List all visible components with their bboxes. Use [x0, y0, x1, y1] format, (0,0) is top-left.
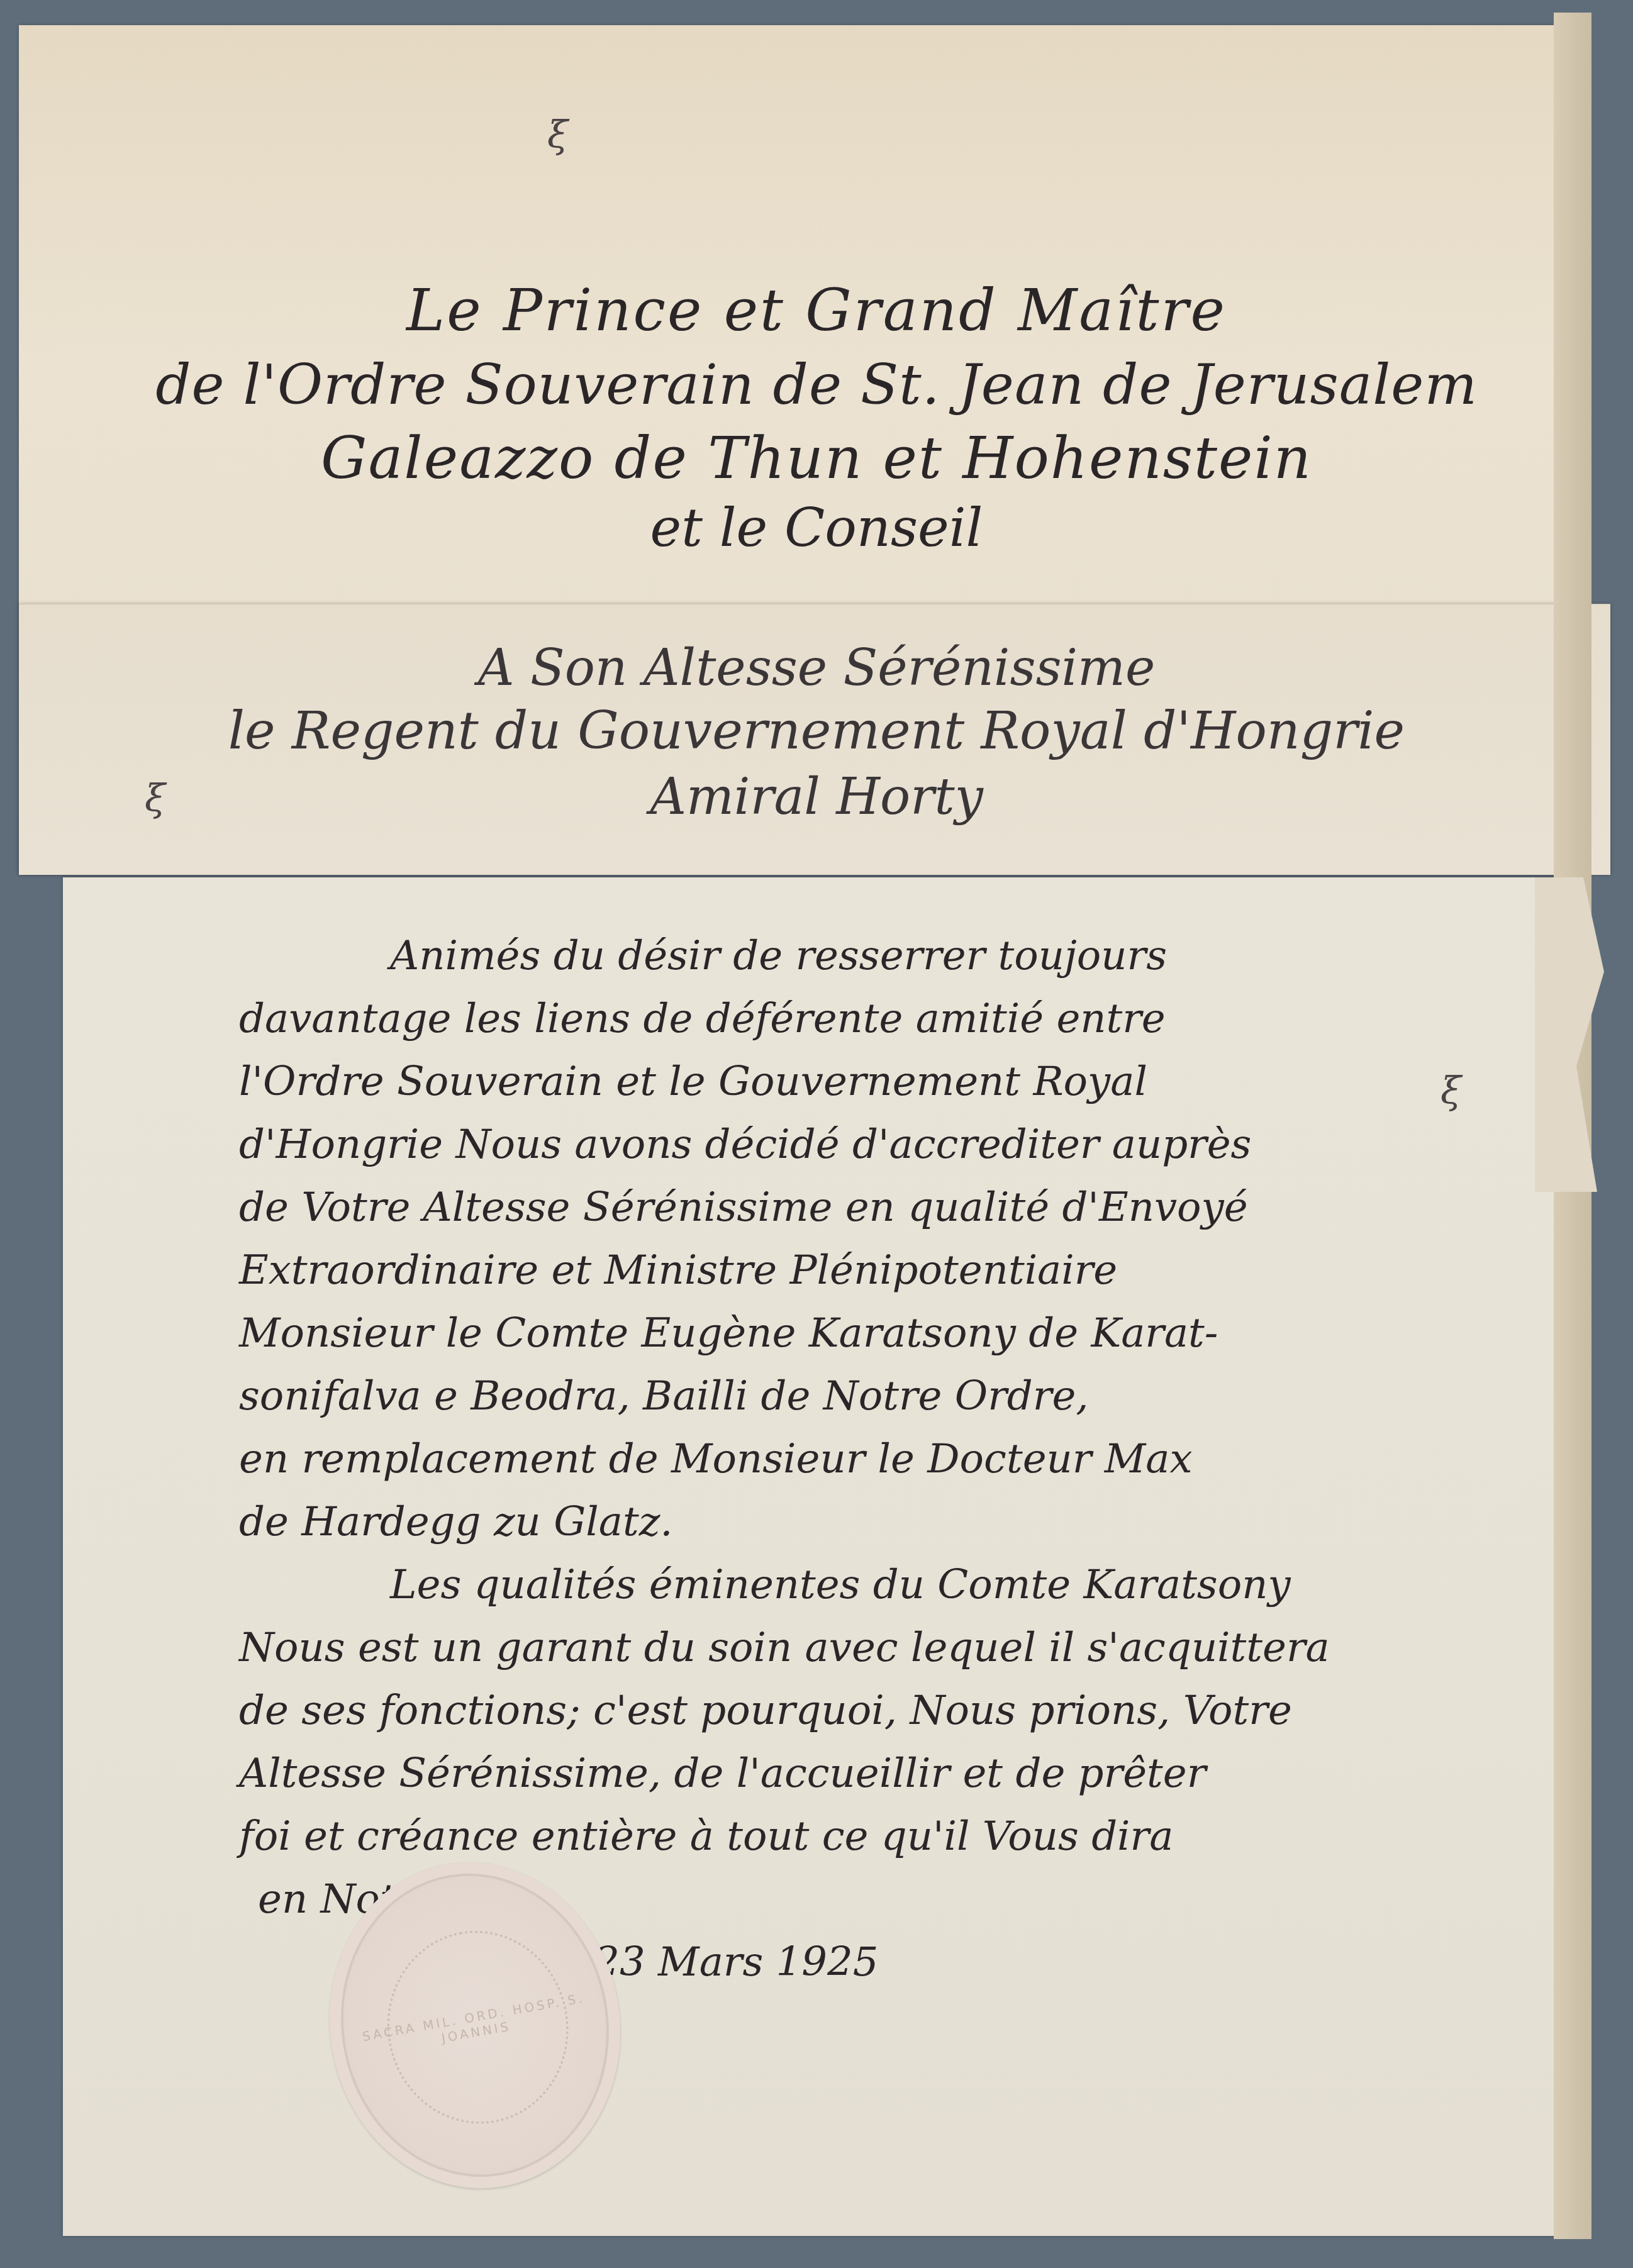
pencil-mark: ξ: [547, 113, 568, 157]
body-line: Nous est un garant du soin avec lequel i…: [239, 1616, 1497, 1679]
body-line: Animés du désir de resserrer toujours: [239, 925, 1497, 987]
body-line: Altesse Sérénissime, de l'accueillir et …: [239, 1742, 1497, 1805]
heading-line: et le Conseil: [0, 497, 1633, 559]
body-line: davantage les liens de déférente amitié …: [239, 987, 1497, 1050]
body-line: Monsieur le Comte Eugène Karatsony de Ka…: [239, 1302, 1497, 1365]
heading-line: de l'Ordre Souverain de St. Jean de Jeru…: [0, 352, 1633, 417]
torn-edge: [1535, 877, 1604, 1192]
body-line: Les qualités éminentes du Comte Karatson…: [239, 1554, 1497, 1616]
letter-body: Animés du désir de resserrer toujours da…: [239, 925, 1497, 1994]
body-line: de Votre Altesse Sérénissime en qualité …: [239, 1176, 1497, 1239]
address-line: le Regent du Gouvernement Royal d'Hongri…: [0, 701, 1633, 761]
heading-line: Le Prince et Grand Maître: [0, 277, 1633, 344]
address-line: A Son Altesse Sérénissime: [0, 638, 1633, 697]
heading-line: Galeazzo de Thun et Hohenstein: [0, 425, 1633, 492]
address-line: Amiral Horty: [0, 767, 1633, 826]
body-line: l'Ordre Souverain et le Gouvernement Roy…: [239, 1050, 1497, 1113]
body-line: sonifalva e Beodra, Bailli de Notre Ordr…: [239, 1365, 1497, 1428]
body-line: de ses fonctions; c'est pourquoi, Nous p…: [239, 1679, 1497, 1742]
body-line: foi et créance entière à tout ce qu'il V…: [239, 1805, 1497, 1868]
body-line: de Hardegg zu Glatz.: [239, 1491, 1497, 1554]
body-line: en remplacement de Monsieur le Docteur M…: [239, 1428, 1497, 1491]
body-line: d'Hongrie Nous avons décidé d'accrediter…: [239, 1113, 1497, 1176]
body-line: Extraordinaire et Ministre Plénipotentia…: [239, 1239, 1497, 1302]
